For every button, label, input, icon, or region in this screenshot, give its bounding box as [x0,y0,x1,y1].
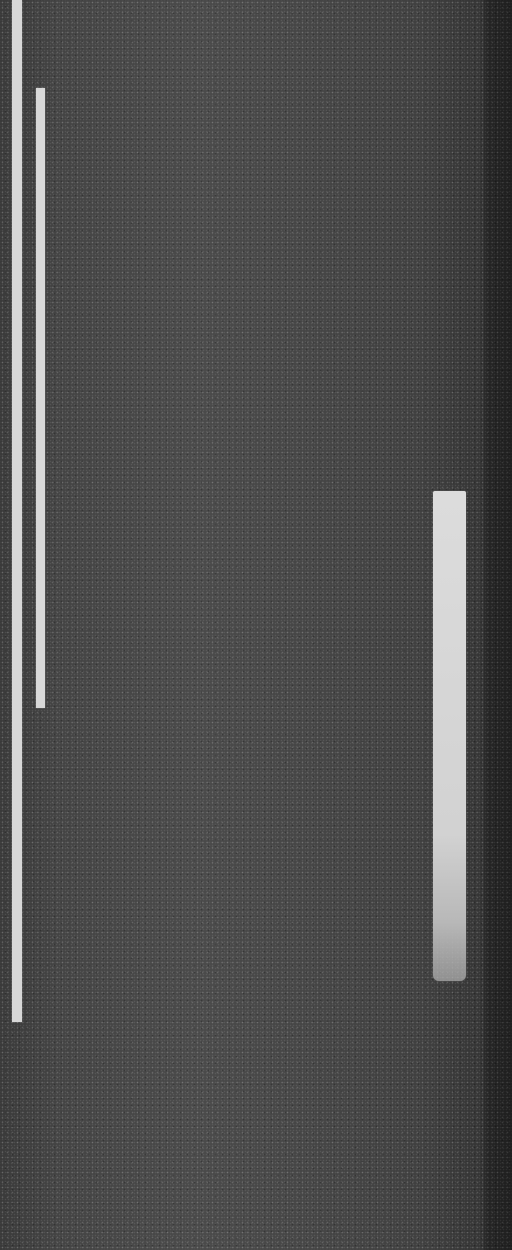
inner-solid-lane-line [36,88,45,708]
road-shoulder-shadow [484,0,512,1250]
right-dashed-lane-marking [433,491,466,981]
outer-solid-lane-line [12,0,22,1022]
